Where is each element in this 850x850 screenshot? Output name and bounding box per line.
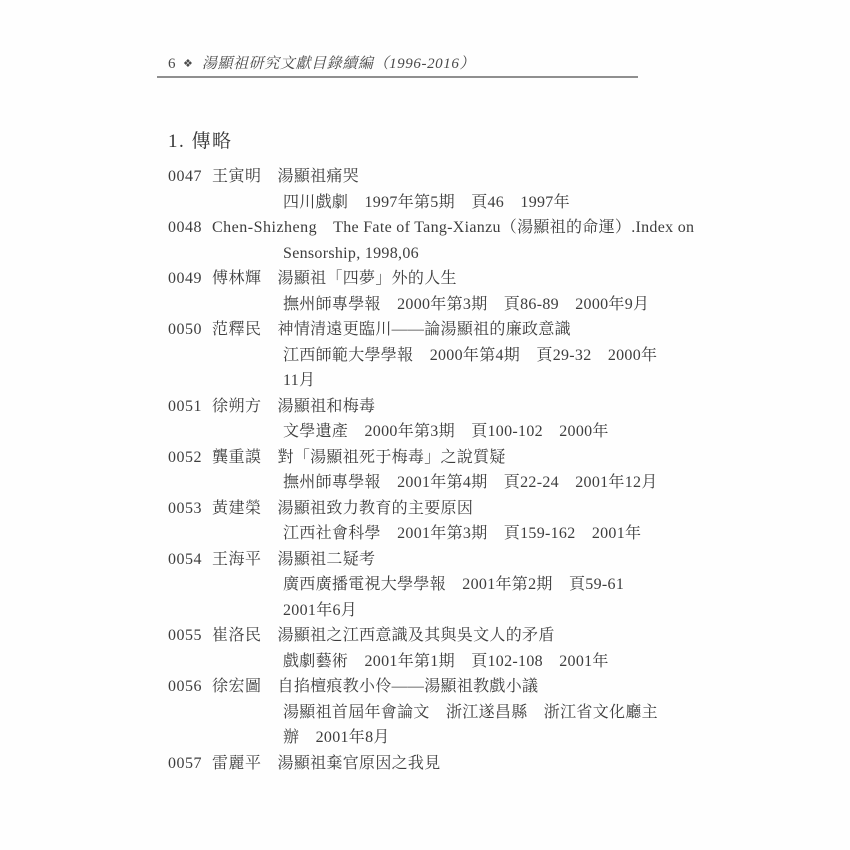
entry-first-line: 0054王海平湯顯祖二疑考 (168, 547, 708, 573)
entry-author: 王海平 (212, 547, 262, 573)
bibliography-entry: 0048Chen-ShizhengThe Fate of Tang-Xianzu… (168, 215, 708, 266)
entry-list: 0047王寅明湯顯祖痛哭 四川戲劇 1997年第5期 頁46 1997年 004… (168, 164, 708, 776)
entry-first-line: 0047王寅明湯顯祖痛哭 (168, 164, 708, 190)
bibliography-entry: 0056徐宏圖自掐檀痕教小伶——湯顯祖教戲小議 湯顯祖首屆年會論文 浙江遂昌縣 … (168, 674, 708, 751)
entry-title: 湯顯祖二疑考 (278, 551, 376, 568)
entry-title: 湯顯祖和梅毒 (278, 398, 376, 415)
running-header-title: 湯顯祖研究文獻目錄續編（1996-2016） (202, 56, 475, 72)
entry-detail-line: 2001年6月 (168, 598, 708, 624)
entry-author: 王寅明 (212, 164, 262, 190)
section-title: 1. 傳略 (168, 126, 233, 153)
entry-detail-line: 四川戲劇 1997年第5期 頁46 1997年 (168, 190, 708, 216)
entry-detail-line: Sensorship, 1998,06 (168, 241, 708, 267)
entry-first-line: 0048Chen-ShizhengThe Fate of Tang-Xianzu… (168, 215, 708, 241)
entry-title: 湯顯祖「四夢」外的人生 (278, 270, 457, 287)
entry-id: 0048 (168, 215, 202, 241)
page-number: 6 (168, 56, 176, 73)
entry-title: The Fate of Tang-Xianzu（湯顯祖的命運）.Index on (333, 219, 694, 236)
entry-first-line: 0052龔重謨對「湯顯祖死于梅毒」之說質疑 (168, 445, 708, 471)
entry-title: 自掐檀痕教小伶——湯顯祖教戲小議 (278, 678, 539, 695)
bibliography-entry: 0055崔洛民湯顯祖之江西意識及其與吳文人的矛盾 戲劇藝術 2001年第1期 頁… (168, 623, 708, 674)
bibliography-entry: 0052龔重謨對「湯顯祖死于梅毒」之說質疑 撫州師專學報 2001年第4期 頁2… (168, 445, 708, 496)
florette-icon: ❖ (183, 57, 193, 70)
entry-first-line: 0053黃建榮湯顯祖致力教育的主要原因 (168, 496, 708, 522)
entry-author: 雷麗平 (212, 751, 262, 777)
entry-detail-line: 撫州師專學報 2001年第4期 頁22-24 2001年12月 (168, 470, 708, 496)
entry-first-line: 0057雷麗平湯顯祖棄官原因之我見 (168, 751, 708, 777)
entry-id: 0051 (168, 394, 202, 420)
header-divider (157, 76, 638, 78)
entry-author: Chen-Shizheng (212, 215, 317, 241)
scanned-book-page: 6❖湯顯祖研究文獻目錄續編（1996-2016） 1. 傳略 0047王寅明湯顯… (0, 0, 850, 850)
entry-id: 0054 (168, 547, 202, 573)
entry-title: 湯顯祖痛哭 (278, 168, 360, 185)
entry-id: 0052 (168, 445, 202, 471)
bibliography-entry: 0049傅林輝湯顯祖「四夢」外的人生 撫州師專學報 2000年第3期 頁86-8… (168, 266, 708, 317)
entry-detail-line: 江西社會科學 2001年第3期 頁159-162 2001年 (168, 521, 708, 547)
entry-author: 傅林輝 (212, 266, 262, 292)
bibliography-entry: 0051徐朔方湯顯祖和梅毒 文學遺產 2000年第3期 頁100-102 200… (168, 394, 708, 445)
running-header: 6❖湯顯祖研究文獻目錄續編（1996-2016） (168, 52, 475, 73)
entry-author: 崔洛民 (212, 623, 262, 649)
entry-detail-line: 廣西廣播電視大學學報 2001年第2期 頁59-61 (168, 572, 708, 598)
entry-id: 0049 (168, 266, 202, 292)
bibliography-entry: 0053黃建榮湯顯祖致力教育的主要原因 江西社會科學 2001年第3期 頁159… (168, 496, 708, 547)
entry-first-line: 0051徐朔方湯顯祖和梅毒 (168, 394, 708, 420)
entry-id: 0047 (168, 164, 202, 190)
entry-id: 0053 (168, 496, 202, 522)
entry-detail-line: 撫州師專學報 2000年第3期 頁86-89 2000年9月 (168, 292, 708, 318)
entry-title: 湯顯祖之江西意識及其與吳文人的矛盾 (278, 627, 555, 644)
bibliography-entry: 0054王海平湯顯祖二疑考 廣西廣播電視大學學報 2001年第2期 頁59-61… (168, 547, 708, 624)
entry-author: 龔重謨 (212, 445, 262, 471)
entry-detail-line: 戲劇藝術 2001年第1期 頁102-108 2001年 (168, 649, 708, 675)
entry-detail-line: 湯顯祖首屆年會論文 浙江遂昌縣 浙江省文化廳主 (168, 700, 708, 726)
entry-detail-line: 文學遺產 2000年第3期 頁100-102 2000年 (168, 419, 708, 445)
entry-id: 0055 (168, 623, 202, 649)
bibliography-entry: 0057雷麗平湯顯祖棄官原因之我見 (168, 751, 708, 777)
entry-first-line: 0050范釋民神情清遠更臨川——論湯顯祖的廉政意識 (168, 317, 708, 343)
entry-first-line: 0056徐宏圖自掐檀痕教小伶——湯顯祖教戲小議 (168, 674, 708, 700)
entry-first-line: 0055崔洛民湯顯祖之江西意識及其與吳文人的矛盾 (168, 623, 708, 649)
entry-author: 徐宏圖 (212, 674, 262, 700)
entry-detail-line: 江西師範大學學報 2000年第4期 頁29-32 2000年 (168, 343, 708, 369)
entry-title: 湯顯祖致力教育的主要原因 (278, 500, 474, 517)
entry-title: 神情清遠更臨川——論湯顯祖的廉政意識 (278, 321, 571, 338)
entry-id: 0050 (168, 317, 202, 343)
entry-author: 徐朔方 (212, 394, 262, 420)
entry-detail-line: 11月 (168, 368, 708, 394)
entry-id: 0057 (168, 751, 202, 777)
entry-detail-line: 辦 2001年8月 (168, 725, 708, 751)
bibliography-entry: 0047王寅明湯顯祖痛哭 四川戲劇 1997年第5期 頁46 1997年 (168, 164, 708, 215)
bibliography-entry: 0050范釋民神情清遠更臨川——論湯顯祖的廉政意識 江西師範大學學報 2000年… (168, 317, 708, 394)
entry-title: 對「湯顯祖死于梅毒」之說質疑 (278, 449, 506, 466)
entry-title: 湯顯祖棄官原因之我見 (278, 755, 441, 772)
entry-id: 0056 (168, 674, 202, 700)
entry-author: 黃建榮 (212, 496, 262, 522)
entry-first-line: 0049傅林輝湯顯祖「四夢」外的人生 (168, 266, 708, 292)
entry-author: 范釋民 (212, 317, 262, 343)
